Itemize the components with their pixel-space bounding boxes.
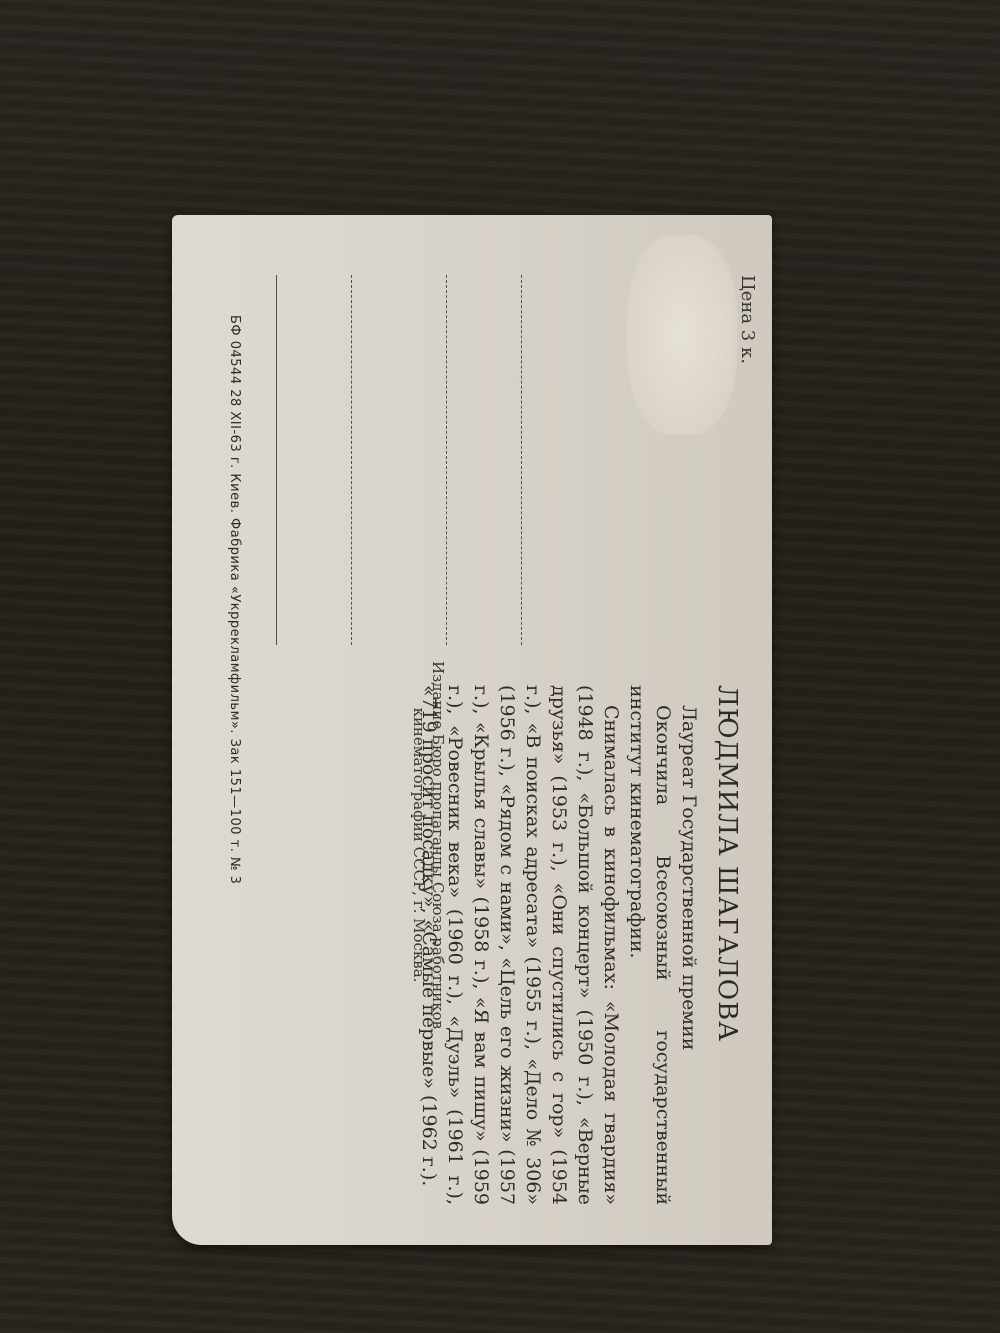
bio-paragraph: Окончила Всесоюзный государственный инст… (624, 685, 676, 1205)
address-line (521, 275, 522, 645)
actress-name-heading: ЛЮДМИЛА ШАГАЛОВА (712, 685, 742, 1042)
address-line (446, 275, 447, 645)
address-line (276, 275, 277, 645)
address-line (351, 275, 352, 645)
biography-text: Лауреат Государственной премии Окончила … (416, 685, 702, 1205)
print-imprint: БФ 04544 28 XII-63 г. Киев. Фабрика «Укр… (227, 315, 242, 1235)
postcard-back: Цена 3 к. ЛЮДМИЛА ШАГАЛОВА Лауреат Госуд… (172, 215, 772, 1245)
postcard-text-rotated: Цена 3 к. ЛЮДМИЛА ШАГАЛОВА Лауреат Госуд… (172, 215, 772, 1245)
price-label: Цена 3 к. (737, 275, 758, 364)
bio-paragraph: Лауреат Государственной премии (676, 685, 702, 1205)
bio-paragraph: Снималась в кинофильмах: «Молодая гварди… (416, 685, 624, 1205)
publisher-text: Издание Бюро пропаганды Союза работников… (409, 655, 447, 1035)
